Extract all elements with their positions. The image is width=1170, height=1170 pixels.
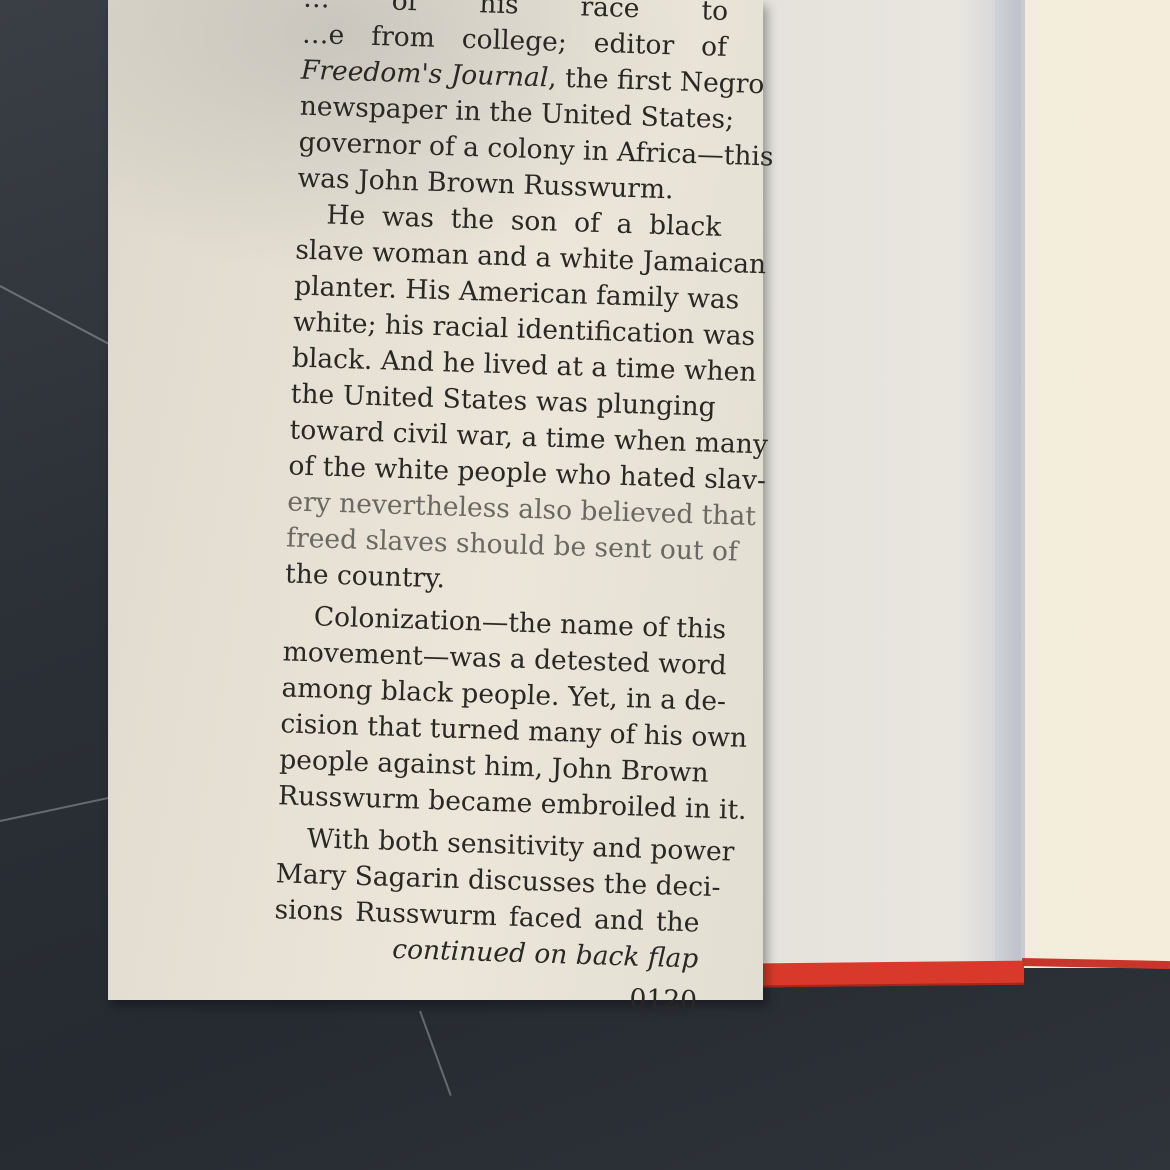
flap-text: … of his race to …e from college; editor… (272, 0, 743, 1000)
book-hinge (995, 0, 1021, 962)
red-cloth-binding-edge (762, 961, 1024, 988)
price-code: 0120 (272, 970, 698, 1020)
marble-vein (419, 1011, 452, 1096)
journal-title: Freedom's Journal (301, 55, 549, 94)
marble-vein (0, 795, 118, 822)
